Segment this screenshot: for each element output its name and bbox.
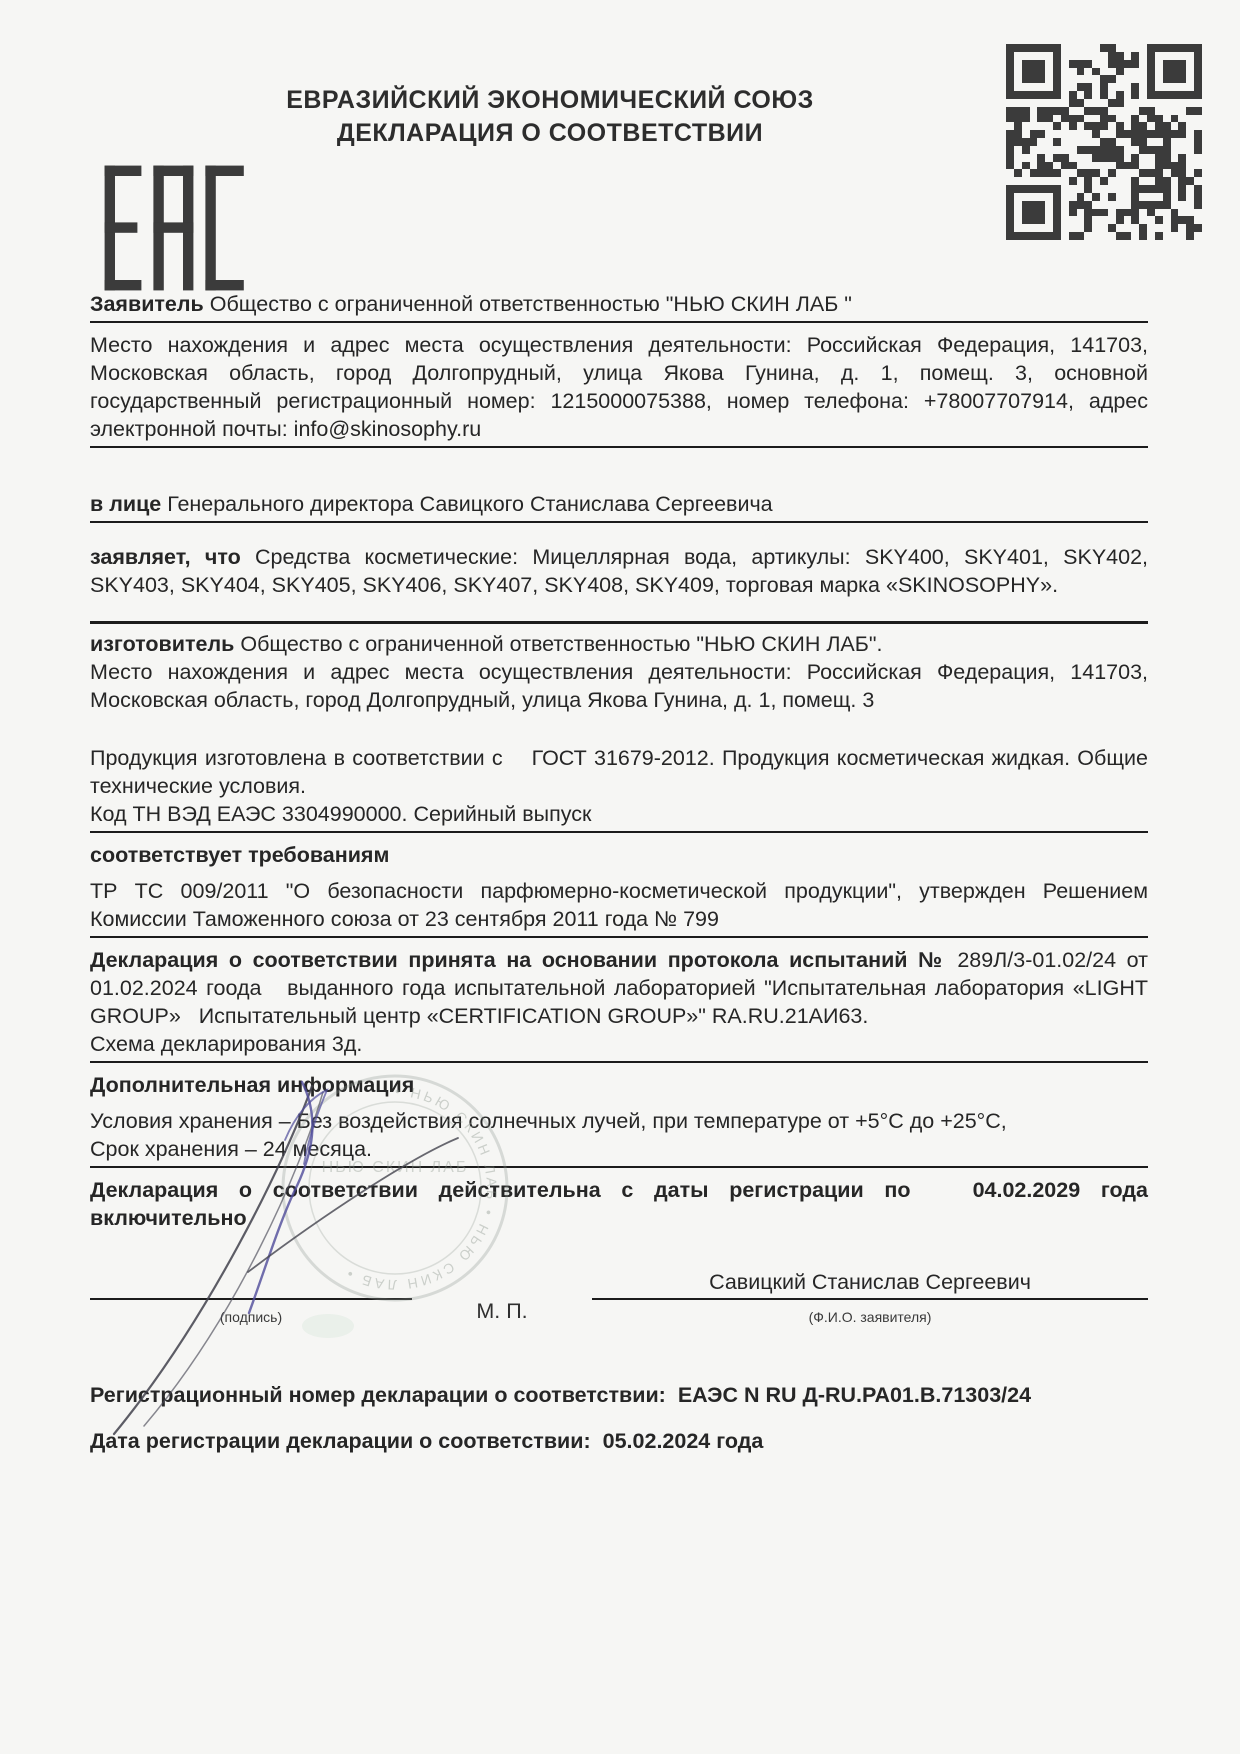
- registration-number-label: Регистрационный номер декларации о соотв…: [90, 1383, 666, 1407]
- qr-code: [1006, 44, 1202, 240]
- manufacturer-address: Место нахождения и адрес места осуществл…: [90, 658, 1148, 714]
- doc-title: ДЕКЛАРАЦИЯ О СООТВЕТСТВИИ: [150, 117, 950, 150]
- registration-date-line: Дата регистрации декларации о соответств…: [90, 1427, 1148, 1455]
- applicant-name-field: Савицкий Станислав Сергеевич (Ф.И.О. зая…: [592, 1268, 1148, 1331]
- production-standard-paragraph: Продукция изготовлена в соответствии с Г…: [90, 744, 1148, 800]
- basis-label: Декларация о соответствии принята на осн…: [90, 948, 947, 972]
- signature-line: [90, 1270, 412, 1300]
- manufacturer-line: изготовитель Общество с ограниченной отв…: [90, 630, 1148, 658]
- applicant-name-value: Савицкий Станислав Сергеевич: [592, 1268, 1148, 1298]
- applicant-line: Заявитель Общество с ограниченной ответс…: [90, 290, 1148, 323]
- stamp-place-label: М. П.: [412, 1297, 592, 1331]
- registration-number-line: Регистрационный номер декларации о соотв…: [90, 1381, 1148, 1409]
- signature-row: (подпись) М. П. Савицкий Станислав Серге…: [90, 1268, 1148, 1331]
- registration-date-label: Дата регистрации декларации о соответств…: [90, 1429, 591, 1453]
- validity-paragraph: Декларация о соответствии действительна …: [90, 1176, 1148, 1232]
- manufacturer-name: Общество с ограниченной ответственностью…: [240, 632, 882, 656]
- representative-line: в лице Генерального директора Савицкого …: [90, 490, 1148, 523]
- storage-conditions-line2: Срок хранения – 24 месяца.: [90, 1135, 1148, 1168]
- representative-value: Генерального директора Савицкого Станисл…: [167, 492, 772, 516]
- declares-label: заявляет, что: [90, 545, 241, 569]
- declares-value: Средства косметические: Мицеллярная вода…: [90, 545, 1148, 597]
- union-title: ЕВРАЗИЙСКИЙ ЭКОНОМИЧЕСКИЙ СОЮЗ: [150, 84, 950, 117]
- applicant-name: Общество с ограниченной ответственностью…: [210, 292, 852, 316]
- storage-conditions-line1: Условия хранения – Без воздействия солне…: [90, 1107, 1148, 1135]
- manufacturer-label: изготовитель: [90, 632, 234, 656]
- applicant-address: Место нахождения и адрес места осуществл…: [90, 331, 1148, 448]
- page-title: ЕВРАЗИЙСКИЙ ЭКОНОМИЧЕСКИЙ СОЮЗ ДЕКЛАРАЦИ…: [150, 84, 950, 150]
- applicant-label: Заявитель: [90, 292, 204, 316]
- applicant-name-caption: (Ф.И.О. заявителя): [592, 1300, 1148, 1331]
- storage-conditions: Условия хранения – Без воздействия солне…: [90, 1107, 1148, 1168]
- compliance-paragraph: ТР ТС 009/2011 "О безопасности парфюмерн…: [90, 877, 1148, 938]
- signature-caption: (подпись): [90, 1300, 412, 1331]
- manufacturer-separator: [90, 621, 1148, 624]
- declaration-page: ЕВРАЗИЙСКИЙ ЭКОНОМИЧЕСКИЙ СОЮЗ ДЕКЛАРАЦИ…: [0, 0, 1240, 1754]
- eac-mark-icon: [103, 162, 255, 299]
- declaration-subject-paragraph: заявляет, что Средства косметические: Ми…: [90, 543, 1148, 599]
- registration-number-value: ЕАЭС N RU Д-RU.РА01.В.71303/24: [678, 1383, 1031, 1407]
- basis-paragraph: Декларация о соответствии принята на осн…: [90, 946, 1148, 1030]
- declaration-body: Заявитель Общество с ограниченной ответс…: [90, 290, 1148, 1455]
- representative-label: в лице: [90, 492, 161, 516]
- declaration-scheme-line: Схема декларирования 3д.: [90, 1030, 1148, 1063]
- registration-date-value: 05.02.2024 года: [603, 1429, 764, 1453]
- tn-ved-line: Код ТН ВЭД ЕАЭС 3304990000. Серийный вып…: [90, 800, 1148, 833]
- signature-field: (подпись): [90, 1270, 412, 1331]
- additional-info-heading: Дополнительная информация: [90, 1071, 1148, 1099]
- compliance-heading: соответствует требованиям: [90, 841, 1148, 869]
